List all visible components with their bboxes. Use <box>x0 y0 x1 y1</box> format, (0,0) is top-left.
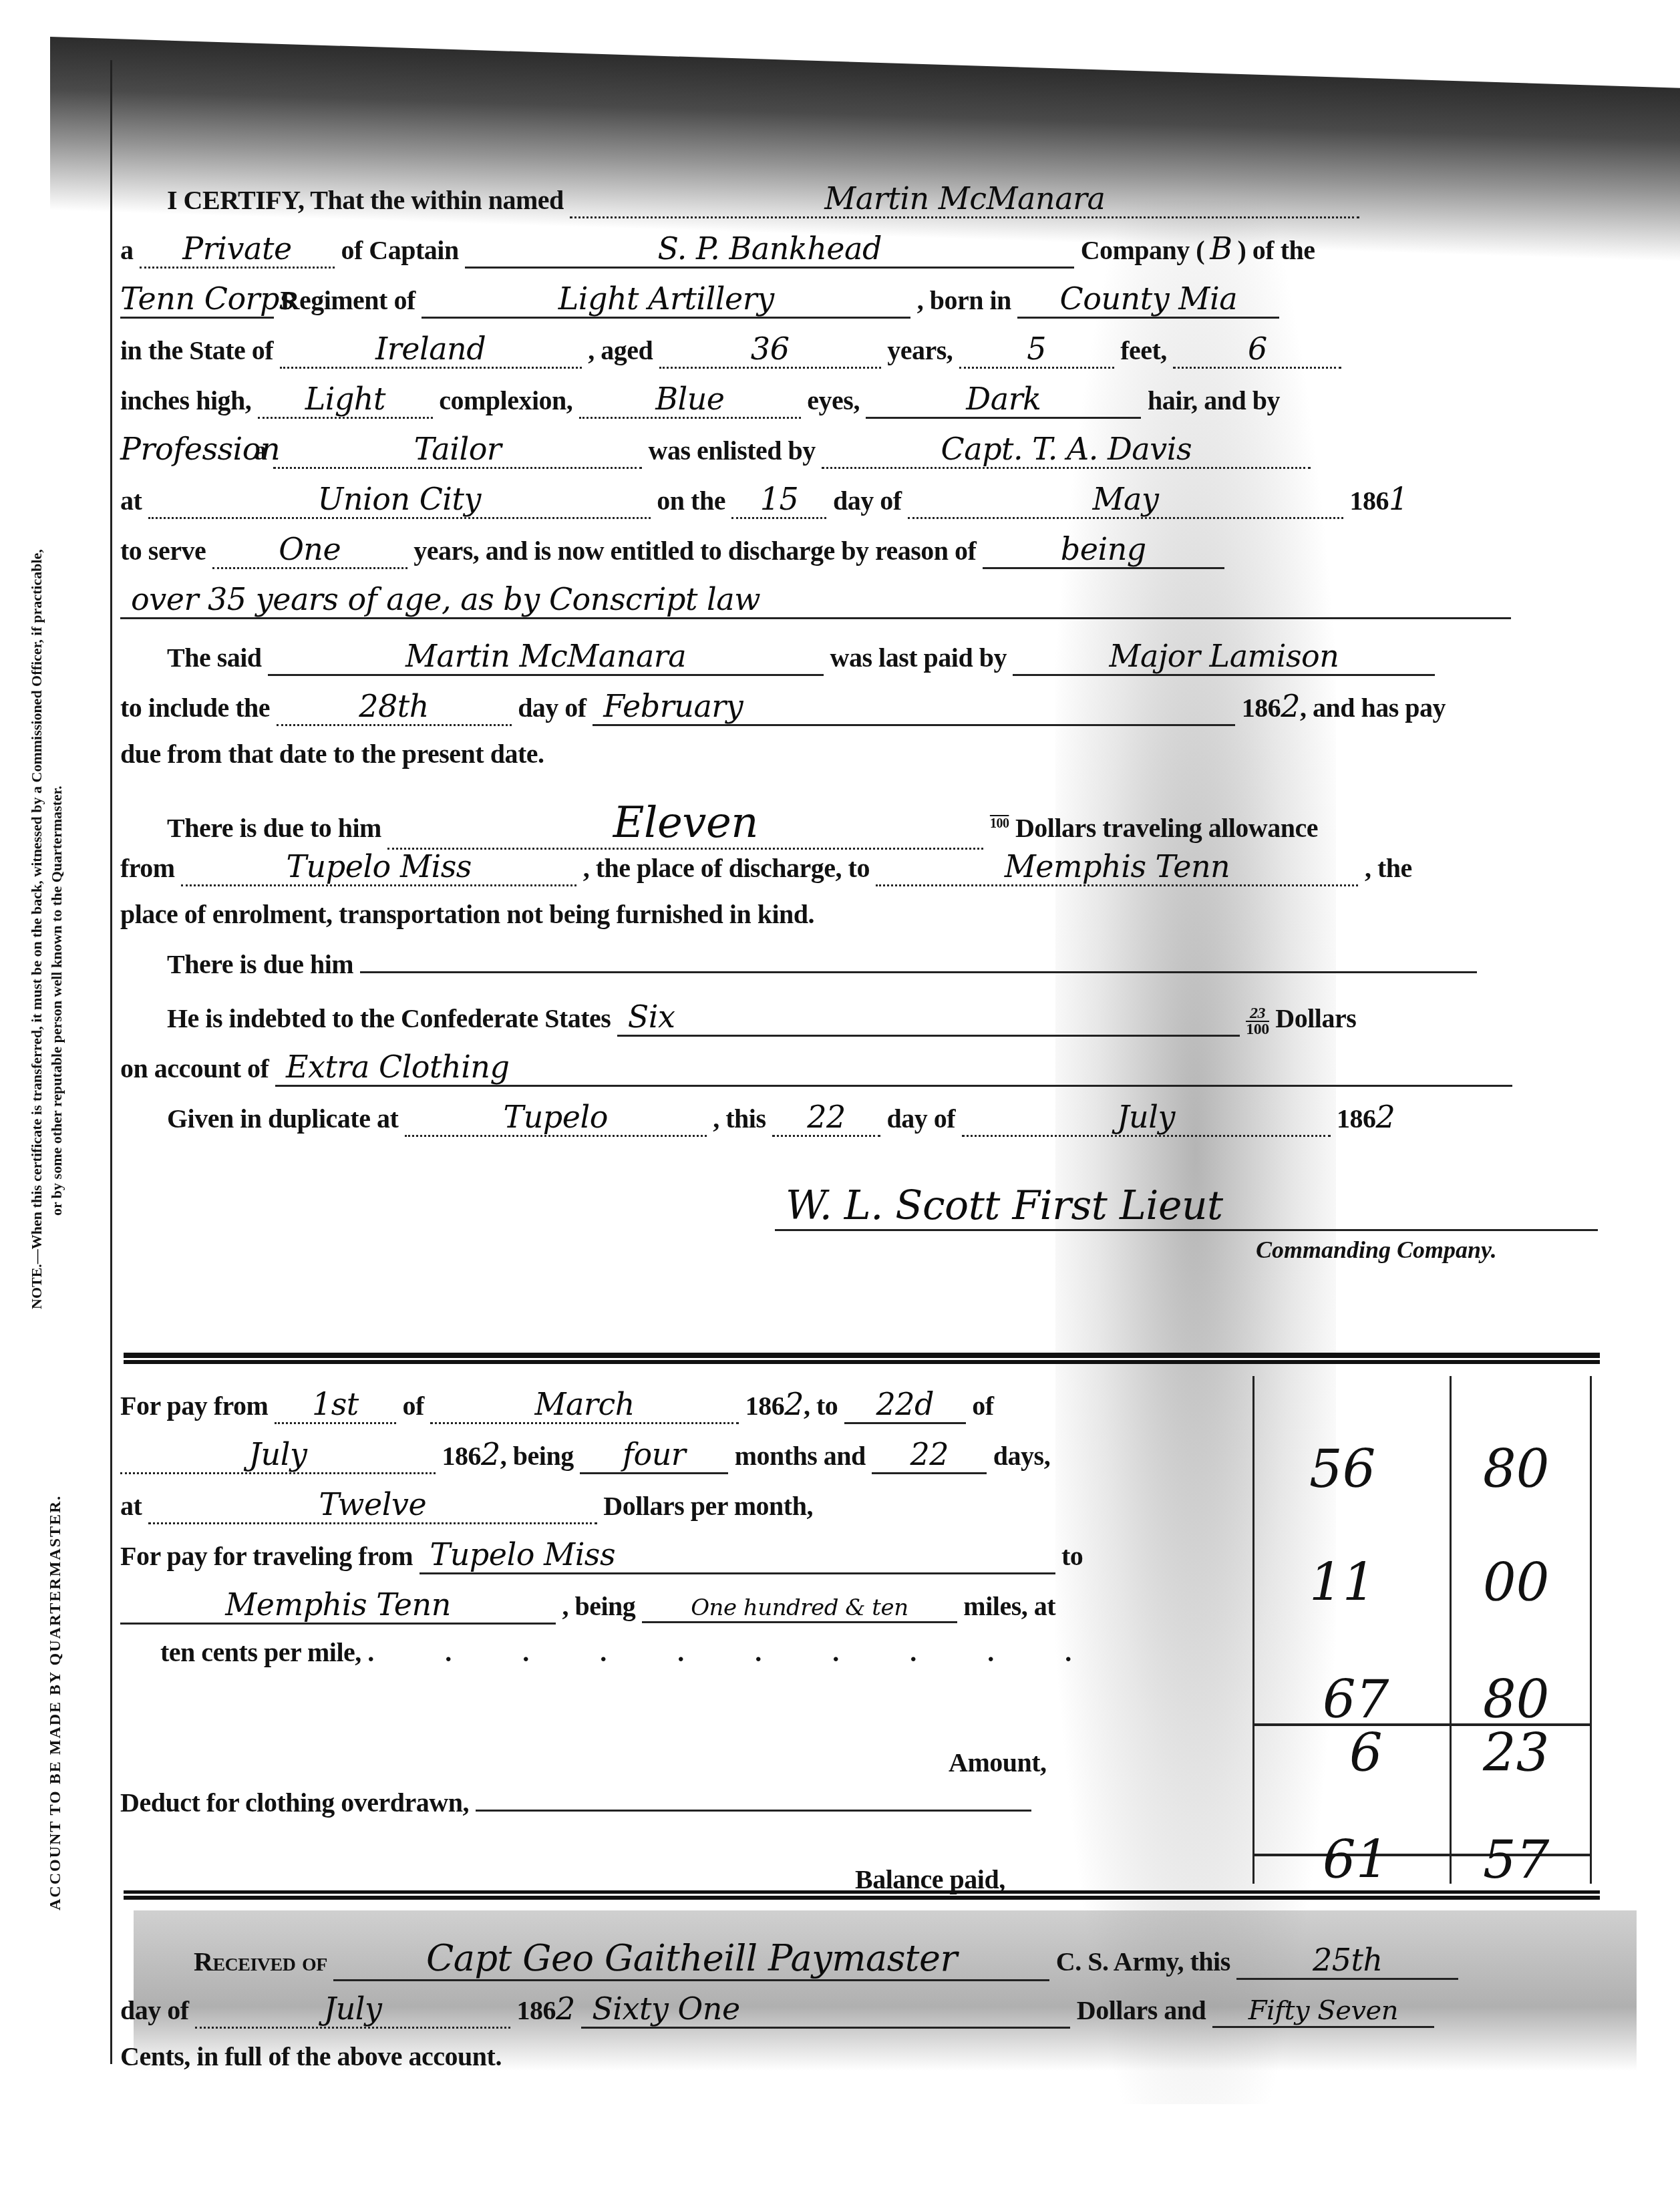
pay-from-label: For pay from <box>120 1391 268 1421</box>
given-at-label: Given in duplicate at <box>167 1103 398 1134</box>
eyes-label: eyes, <box>807 385 860 415</box>
paid-day-of-label: day of <box>518 693 586 723</box>
paid-month-field: February <box>593 688 1235 726</box>
receipt-day-field: 25th <box>1236 1942 1458 1980</box>
paid-year-prefix: 186 <box>1242 693 1281 723</box>
travel-route-line: from Tupelo Miss , the place of discharg… <box>120 848 1412 886</box>
born-in-field: County Mia <box>1017 281 1279 319</box>
margin-note-line2: or by some other reputable person well k… <box>47 174 67 1309</box>
pay-rate-line: at Twelve Dollars per month, <box>120 1486 813 1524</box>
at-label: at <box>120 486 142 516</box>
reason-field-1: being <box>983 531 1224 569</box>
day-of-label: day of <box>833 486 902 516</box>
miles-at-label: miles, at <box>963 1591 1055 1621</box>
months-field: four <box>580 1436 728 1474</box>
of-the-label: ) of the <box>1237 235 1315 265</box>
travel-to-label: to <box>1061 1541 1083 1571</box>
enrolment-place-field: Memphis Tenn <box>876 848 1358 886</box>
margin-account-heading: ACCOUNT TO BE MADE BY QUARTERMASTER. <box>47 1495 65 1910</box>
account-of-line: on account of Extra Clothing <box>120 1049 1512 1087</box>
from-label: from <box>120 853 175 883</box>
complexion-field: Light <box>258 381 433 419</box>
to-year-field: 2 <box>481 1436 500 1472</box>
indebted-cents: 23 <box>1246 1006 1269 1022</box>
balance-cents: 57 <box>1483 1830 1549 1890</box>
term-field: One <box>212 531 407 569</box>
given-at-field: Tupelo <box>405 1099 707 1137</box>
months-and-label: months and <box>735 1441 866 1471</box>
margin-note: NOTE.—When this certificate is transferr… <box>27 174 67 1309</box>
cents-denominator: 100 <box>990 816 1009 831</box>
signature-line: W. L. Scott First Lieut <box>775 1182 1598 1231</box>
column-rule-dollars <box>1252 1376 1254 1884</box>
page-border <box>110 60 112 2064</box>
inches-label: inches high, <box>120 385 251 415</box>
per-month-label: Dollars per month, <box>603 1491 813 1521</box>
age-field: 36 <box>659 331 881 369</box>
hair-label: hair, and by <box>1148 385 1280 415</box>
this-label: , this <box>713 1103 766 1134</box>
deduct-dollars: 6 <box>1349 1723 1383 1784</box>
given-day-of-label: day of <box>886 1103 955 1134</box>
enlist-day-field: 15 <box>731 481 826 519</box>
enlistment-line: at Union City on the 15 day of May 1861 <box>120 481 1408 519</box>
to-month-field: July <box>120 1436 436 1474</box>
last-paid-line: The said Martin McManara was last paid b… <box>167 638 1435 676</box>
deduct-field <box>476 1810 1031 1812</box>
receipt-month-field: July <box>195 1991 510 2029</box>
days-label: days, <box>993 1441 1050 1471</box>
rank-prefix: a <box>120 235 134 265</box>
profession-field: Tailor <box>273 431 642 469</box>
given-month-field: July <box>962 1099 1331 1137</box>
balance-label: Balance paid, <box>855 1864 1005 1895</box>
indebted-label: He is indebted to the Confederate States <box>167 1003 611 1033</box>
to-serve-label: to serve <box>120 536 206 566</box>
regiment-line: Tenn Corps Regiment of Light Artillery ,… <box>120 281 1279 319</box>
receipt-year-field: 2 <box>556 1991 575 2027</box>
certify-label: I CERTIFY, That the within named <box>167 185 564 215</box>
inches-field: 6 <box>1173 331 1341 369</box>
given-year-prefix: 186 <box>1337 1103 1376 1134</box>
profession-suffix: a <box>254 436 267 466</box>
indebted-cents-denominator: 100 <box>1246 1022 1269 1037</box>
paid-year-field: 2 <box>1281 688 1300 724</box>
given-year-field: 2 <box>1376 1099 1395 1135</box>
to-year-prefix: 186 <box>442 1441 482 1471</box>
receipt-cents-words: Fifty Seven <box>1212 1995 1434 2028</box>
ten-cents-line: ten cents per mile, . . . . . . . . . . <box>160 1637 1104 1668</box>
regiment-field: Light Artillery <box>422 281 910 319</box>
profession-word: Profession <box>120 431 254 467</box>
column-rule-cents <box>1450 1376 1452 1884</box>
captain-label: of Captain <box>341 235 459 265</box>
on-the-label: on the <box>657 486 725 516</box>
term-line: to serve One years, and is now entitled … <box>120 531 1224 569</box>
due-him-field <box>360 971 1477 973</box>
aged-label: , aged <box>588 335 653 365</box>
captain-field: S. P. Bankhead <box>465 230 1074 269</box>
received-of-label: Received of <box>194 1946 327 1977</box>
travel-from-field: Tupelo Miss <box>419 1536 1055 1574</box>
from-day-field: 1st <box>275 1386 396 1424</box>
feet-field: 5 <box>959 331 1114 369</box>
deduct-cents: 23 <box>1483 1723 1549 1784</box>
complexion-label: complexion, <box>439 385 572 415</box>
hair-field: Dark <box>866 381 1141 419</box>
last-paid-by-field: Major Lamison <box>1013 638 1435 676</box>
company-field: B <box>1204 230 1237 267</box>
travel-due-line: There is due to him Eleven 100 Dollars t… <box>167 798 1318 850</box>
margin-note-line1: NOTE.—When this certificate is transferr… <box>28 549 45 1309</box>
receipt-date-line: day of July 1862 Sixty One Dollars and F… <box>120 1991 1434 2029</box>
amount-dollars: 67 <box>1323 1670 1389 1730</box>
traveling-allowance-label: Dollars traveling allowance <box>1015 813 1318 843</box>
profession-line: Professiona Tailor was enlisted by Capt.… <box>120 431 1311 469</box>
company-label: Company ( <box>1081 235 1205 265</box>
miles-field: One hundred & ten <box>642 1594 957 1623</box>
receipt-dollars-words: Sixty One <box>581 1991 1070 2029</box>
deduct-line: Deduct for clothing overdrawn, <box>120 1787 1031 1818</box>
paid-day-field: 28th <box>277 688 512 726</box>
rate-at-label: at <box>120 1491 142 1521</box>
commander-signature: W. L. Scott First Lieut <box>775 1182 1598 1231</box>
feet-label: feet, <box>1120 335 1167 365</box>
from-year-field: 2 <box>784 1386 804 1422</box>
leader-dots: . . . . . . . . . . <box>367 1637 1104 1667</box>
there-is-due-him-label: There is due him <box>167 949 353 979</box>
deduct-label: Deduct for clothing overdrawn, <box>120 1788 469 1818</box>
from-of-label: of <box>402 1391 424 1421</box>
soldier-name-field: Martin McManara <box>570 180 1359 218</box>
state-line: in the State of Ireland , aged 36 years,… <box>120 331 1341 369</box>
scan-shadow-top <box>50 37 1680 262</box>
ten-cents-label: ten cents per mile, <box>160 1637 361 1667</box>
dollars-label: Dollars <box>1275 1003 1356 1033</box>
enlist-month-field: May <box>908 481 1343 519</box>
place-of-discharge-label: , the place of discharge, to <box>583 853 870 883</box>
corps-field: Tenn Corps <box>120 281 274 319</box>
enlisted-at-field: Union City <box>148 481 651 519</box>
travel-cents: 00 <box>1483 1553 1549 1613</box>
reason-field-2: over 35 years of age, as by Conscript la… <box>120 581 1511 619</box>
discharge-reason-label: years, and is now entitled to discharge … <box>413 536 976 566</box>
state-field: Ireland <box>280 331 582 369</box>
travel-dollars: 11 <box>1309 1553 1375 1613</box>
travel-to-field: Memphis Tenn <box>120 1586 556 1625</box>
pay-cents: 80 <box>1483 1439 1549 1500</box>
discharge-place-field: Tupelo Miss <box>181 848 576 886</box>
year-prefix: 186 <box>1349 486 1389 516</box>
due-him-line: There is due him <box>167 949 1477 980</box>
on-account-of-field: Extra Clothing <box>275 1049 1512 1087</box>
pay-duration-line: July 1862, being four months and 22 days… <box>120 1436 1050 1474</box>
years-label: years, <box>887 335 953 365</box>
amount-cents: 80 <box>1483 1670 1549 1730</box>
description-line: inches high, Light complexion, Blue eyes… <box>120 381 1280 419</box>
enlist-year-field: 1 <box>1389 481 1408 517</box>
section-divider <box>124 1353 1600 1360</box>
travel-allowance-field: Eleven <box>387 798 983 850</box>
from-month-field: March <box>430 1386 739 1424</box>
the-said-label: The said <box>167 643 262 673</box>
from-year-prefix: 186 <box>745 1391 785 1421</box>
last-paid-by-label: was last paid by <box>830 643 1007 673</box>
rank-line: a Private of Captain S. P. Bankhead Comp… <box>120 230 1315 269</box>
traveling-from-label: For pay for traveling from <box>120 1541 413 1571</box>
signature-title: Commanding Company. <box>1256 1236 1497 1264</box>
receipt-day-of-label: day of <box>120 1995 189 2025</box>
receipt-year-prefix: 186 <box>517 1995 556 2025</box>
rate-field: Twelve <box>148 1486 597 1524</box>
amount-label: Amount, <box>949 1747 1047 1778</box>
enlisted-by-field: Capt. T. A. Davis <box>822 431 1311 469</box>
due-to-him-label: There is due to him <box>167 813 381 843</box>
column-rule-right <box>1590 1376 1592 1884</box>
cs-army-label: C. S. Army, this <box>1056 1946 1230 1977</box>
balance-dollars: 61 <box>1323 1830 1389 1890</box>
paymaster-field: Capt Geo Gaitheill Paymaster <box>333 1937 1049 1981</box>
due-date-line: due from that date to the present date. <box>120 738 544 770</box>
enrolment-line: place of enrolment, transportation not b… <box>120 898 814 930</box>
state-label: in the State of <box>120 335 273 365</box>
on-account-of-label: on account of <box>120 1053 269 1083</box>
to-day-field: 22d <box>844 1386 966 1424</box>
indebted-dollars-field: Six <box>617 999 1240 1037</box>
travel-miles-line: Memphis Tenn , being One hundred & ten m… <box>120 1586 1055 1625</box>
said-name-field: Martin McManara <box>268 638 824 676</box>
receipt-footer: Cents, in full of the above account. <box>120 2041 502 2072</box>
the-label: , the <box>1365 853 1412 883</box>
indebted-line: He is indebted to the Confederate States… <box>167 999 1356 1037</box>
eyes-field: Blue <box>579 381 801 419</box>
born-in-label: , born in <box>917 285 1011 315</box>
to-of-label: of <box>972 1391 993 1421</box>
paid-date-line: to include the 28th day of February 1862… <box>120 688 1446 726</box>
days-field: 22 <box>872 1436 987 1474</box>
miles-being-label: , being <box>562 1591 636 1621</box>
indebted-cents-fraction: 23 100 <box>1246 1006 1269 1037</box>
to-include-label: to include the <box>120 693 270 723</box>
travel-pay-line: For pay for traveling from Tupelo Miss t… <box>120 1536 1083 1574</box>
given-day-field: 22 <box>772 1099 880 1137</box>
being-label: , being <box>500 1441 574 1471</box>
given-line: Given in duplicate at Tupelo , this 22 d… <box>167 1099 1395 1137</box>
enlisted-by-label: was enlisted by <box>649 436 816 466</box>
regiment-label: Regiment of <box>281 285 415 315</box>
certify-line: I CERTIFY, That the within named Martin … <box>167 180 1359 218</box>
rank-field: Private <box>140 230 335 269</box>
dollars-and-label: Dollars and <box>1077 1995 1206 2025</box>
to-label: , to <box>804 1391 838 1421</box>
received-line: Received of Capt Geo Gaitheill Paymaster… <box>194 1937 1458 1981</box>
has-pay-label: , and has pay <box>1300 693 1446 723</box>
pay-period-line: For pay from 1st of March 1862, to 22d o… <box>120 1386 994 1424</box>
reason-line: over 35 years of age, as by Conscript la… <box>120 581 1511 619</box>
pay-dollars: 56 <box>1309 1439 1375 1500</box>
